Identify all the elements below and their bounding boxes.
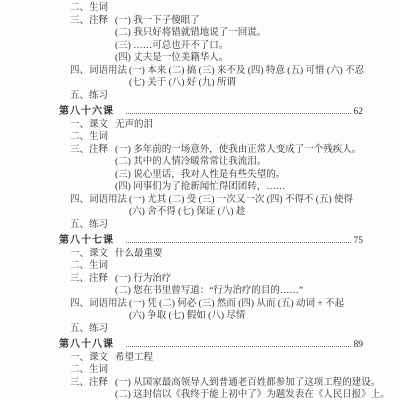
lesson-title: 第八十六课 bbox=[59, 106, 114, 119]
toc-section-row: 四、词语用法 (一) 本来 (二) 搞 (三) 来不及 (四) 特意 (五) 可… bbox=[0, 65, 400, 78]
page-number: 62 bbox=[354, 106, 364, 119]
section-label: 五、练习 bbox=[70, 219, 108, 232]
lesson-title: 第八十七课 bbox=[59, 235, 114, 248]
toc-section-row: 一、课文 无声的泪 bbox=[0, 119, 400, 132]
note-item: (四) 同事们为了抢新闻忙得团团转，…… bbox=[115, 181, 285, 194]
toc-item-row: (二) 我只好将错就错地说了一回谎。 bbox=[0, 27, 400, 40]
note-item: (一) 行为治疗 bbox=[115, 273, 171, 286]
toc-item-row: (六) 争取 (七) 假如 (八) 尽情 bbox=[0, 310, 400, 323]
note-item: (一) 我一下子傻眼了 bbox=[115, 15, 200, 28]
lesson-heading: 第八十八课 89 bbox=[0, 339, 400, 352]
toc-section-row: 三、注释 (一) 多年前的一场意外，使我由正常人变成了一个残疾人。 bbox=[0, 144, 400, 157]
toc-section-row: 三、注释 (一) 行为治疗 bbox=[0, 273, 400, 286]
section-label: 二、生词 bbox=[70, 364, 108, 377]
section-label: 三、注释 bbox=[70, 144, 115, 157]
usage-item: (六) 争取 (七) 假如 (八) 尽情 bbox=[129, 310, 245, 323]
toc-section-row: 一、课文 什么最重要 bbox=[0, 248, 400, 261]
section-label: 二、生词 bbox=[70, 260, 108, 273]
toc-section-row: 五、练习 bbox=[0, 323, 400, 336]
lesson-text-title: 无声的泪 bbox=[115, 119, 153, 132]
section-label: 一、课文 bbox=[70, 248, 115, 261]
note-item: (二) 其中的人情冷暖常常让我流泪。 bbox=[115, 156, 266, 169]
lesson-text-title: 希望工程 bbox=[115, 352, 153, 365]
dotted-leader bbox=[126, 113, 351, 114]
dotted-leader bbox=[126, 346, 351, 347]
toc-section-row: 五、练习 bbox=[0, 90, 400, 103]
note-item: (四) 丈夫是一位美籍华人。 bbox=[115, 52, 228, 65]
usage-item: (一) 本来 (二) 搞 (三) 来不及 (四) 特意 (五) 可惜 (六) 不… bbox=[129, 65, 364, 78]
toc-item-row: (七) 关于 (八) 好 (九) 所谓 bbox=[0, 77, 400, 90]
note-item: (一) 从国家最高领导人到普通老百姓都参加了这项工程的建设。 bbox=[115, 377, 380, 390]
lesson-heading: 第八十七课 75 bbox=[0, 235, 400, 248]
section-label: 四、词语用法 bbox=[70, 65, 129, 78]
toc-section-row: 二、生词 bbox=[0, 131, 400, 144]
toc-section-row: 三、注释 (一) 从国家最高领导人到普通老百姓都参加了这项工程的建设。 bbox=[0, 377, 400, 390]
toc-item-row: (三) 说心里话，我对人性是有些失望的。 bbox=[0, 169, 400, 182]
note-item: (三) 说心里话，我对人性是有些失望的。 bbox=[115, 169, 285, 182]
note-item: (一) 多年前的一场意外，使我由正常人变成了一个残疾人。 bbox=[115, 144, 361, 157]
toc-section-row: 二、生词 bbox=[0, 2, 400, 15]
lesson-title: 第八十八课 bbox=[59, 339, 114, 352]
toc-item-row: (四) 同事们为了抢新闻忙得团团转，…… bbox=[0, 181, 400, 194]
toc-item-row: (二) 这封信以《我终于能上初中了》为题发表在《人民日报》上。 bbox=[0, 389, 400, 400]
note-item: (二) 您在书里曾写道：“行为治疗的目的……” bbox=[115, 285, 303, 298]
section-label: 三、注释 bbox=[70, 15, 115, 28]
toc-section-row: 三、注释 (一) 我一下子傻眼了 bbox=[0, 15, 400, 28]
page-number: 89 bbox=[354, 339, 364, 352]
lesson-heading: 第八十六课 62 bbox=[0, 106, 400, 119]
toc-section-row: 四、词语用法 (一) 凭 (二) 何必 (三) 然而 (四) 从而 (五) 动词… bbox=[0, 298, 400, 311]
note-item: (三) ……可总也开不了口。 bbox=[115, 40, 228, 53]
section-label: 一、课文 bbox=[70, 119, 115, 132]
section-label: 四、词语用法 bbox=[70, 194, 129, 207]
section-label: 三、注释 bbox=[70, 273, 115, 286]
toc-section-row: 五、练习 bbox=[0, 219, 400, 232]
section-label: 二、生词 bbox=[70, 2, 108, 15]
usage-item: (六) 舍不得 (七) 保证 (八) 趁 bbox=[129, 206, 245, 219]
section-label: 三、注释 bbox=[70, 377, 115, 390]
page-number: 75 bbox=[354, 235, 364, 248]
toc-section-row: 一、课文 希望工程 bbox=[0, 352, 400, 365]
lesson-text-title: 什么最重要 bbox=[115, 248, 163, 261]
section-label: 四、词语用法 bbox=[70, 298, 129, 311]
toc-item-row: (二) 其中的人情冷暖常常让我流泪。 bbox=[0, 156, 400, 169]
note-item: (二) 这封信以《我终于能上初中了》为题发表在《人民日报》上。 bbox=[115, 389, 390, 400]
section-label: 一、课文 bbox=[70, 352, 115, 365]
toc-section-row: 二、生词 bbox=[0, 364, 400, 377]
usage-item: (一) 尤其 (二) 受 (三) 一次又一次 (四) 不得不 (五) 使得 bbox=[129, 194, 353, 207]
toc-item-row: (三) ……可总也开不了口。 bbox=[0, 40, 400, 53]
usage-item: (一) 凭 (二) 何必 (三) 然而 (四) 从而 (五) 动词 + 不起 bbox=[129, 298, 344, 311]
dotted-leader bbox=[126, 242, 351, 243]
toc-page: 二、生词 三、注释 (一) 我一下子傻眼了 (二) 我只好将错就错地说了一回谎。… bbox=[0, 0, 400, 400]
note-item: (二) 我只好将错就错地说了一回谎。 bbox=[115, 27, 266, 40]
section-label: 五、练习 bbox=[70, 323, 108, 336]
usage-item: (七) 关于 (八) 好 (九) 所谓 bbox=[129, 77, 236, 90]
toc-item-row: (四) 丈夫是一位美籍华人。 bbox=[0, 52, 400, 65]
toc-section-row: 二、生词 bbox=[0, 260, 400, 273]
toc-section-row: 四、词语用法 (一) 尤其 (二) 受 (三) 一次又一次 (四) 不得不 (五… bbox=[0, 194, 400, 207]
section-label: 二、生词 bbox=[70, 131, 108, 144]
toc-item-row: (二) 您在书里曾写道：“行为治疗的目的……” bbox=[0, 285, 400, 298]
section-label: 五、练习 bbox=[70, 90, 108, 103]
toc-item-row: (六) 舍不得 (七) 保证 (八) 趁 bbox=[0, 206, 400, 219]
